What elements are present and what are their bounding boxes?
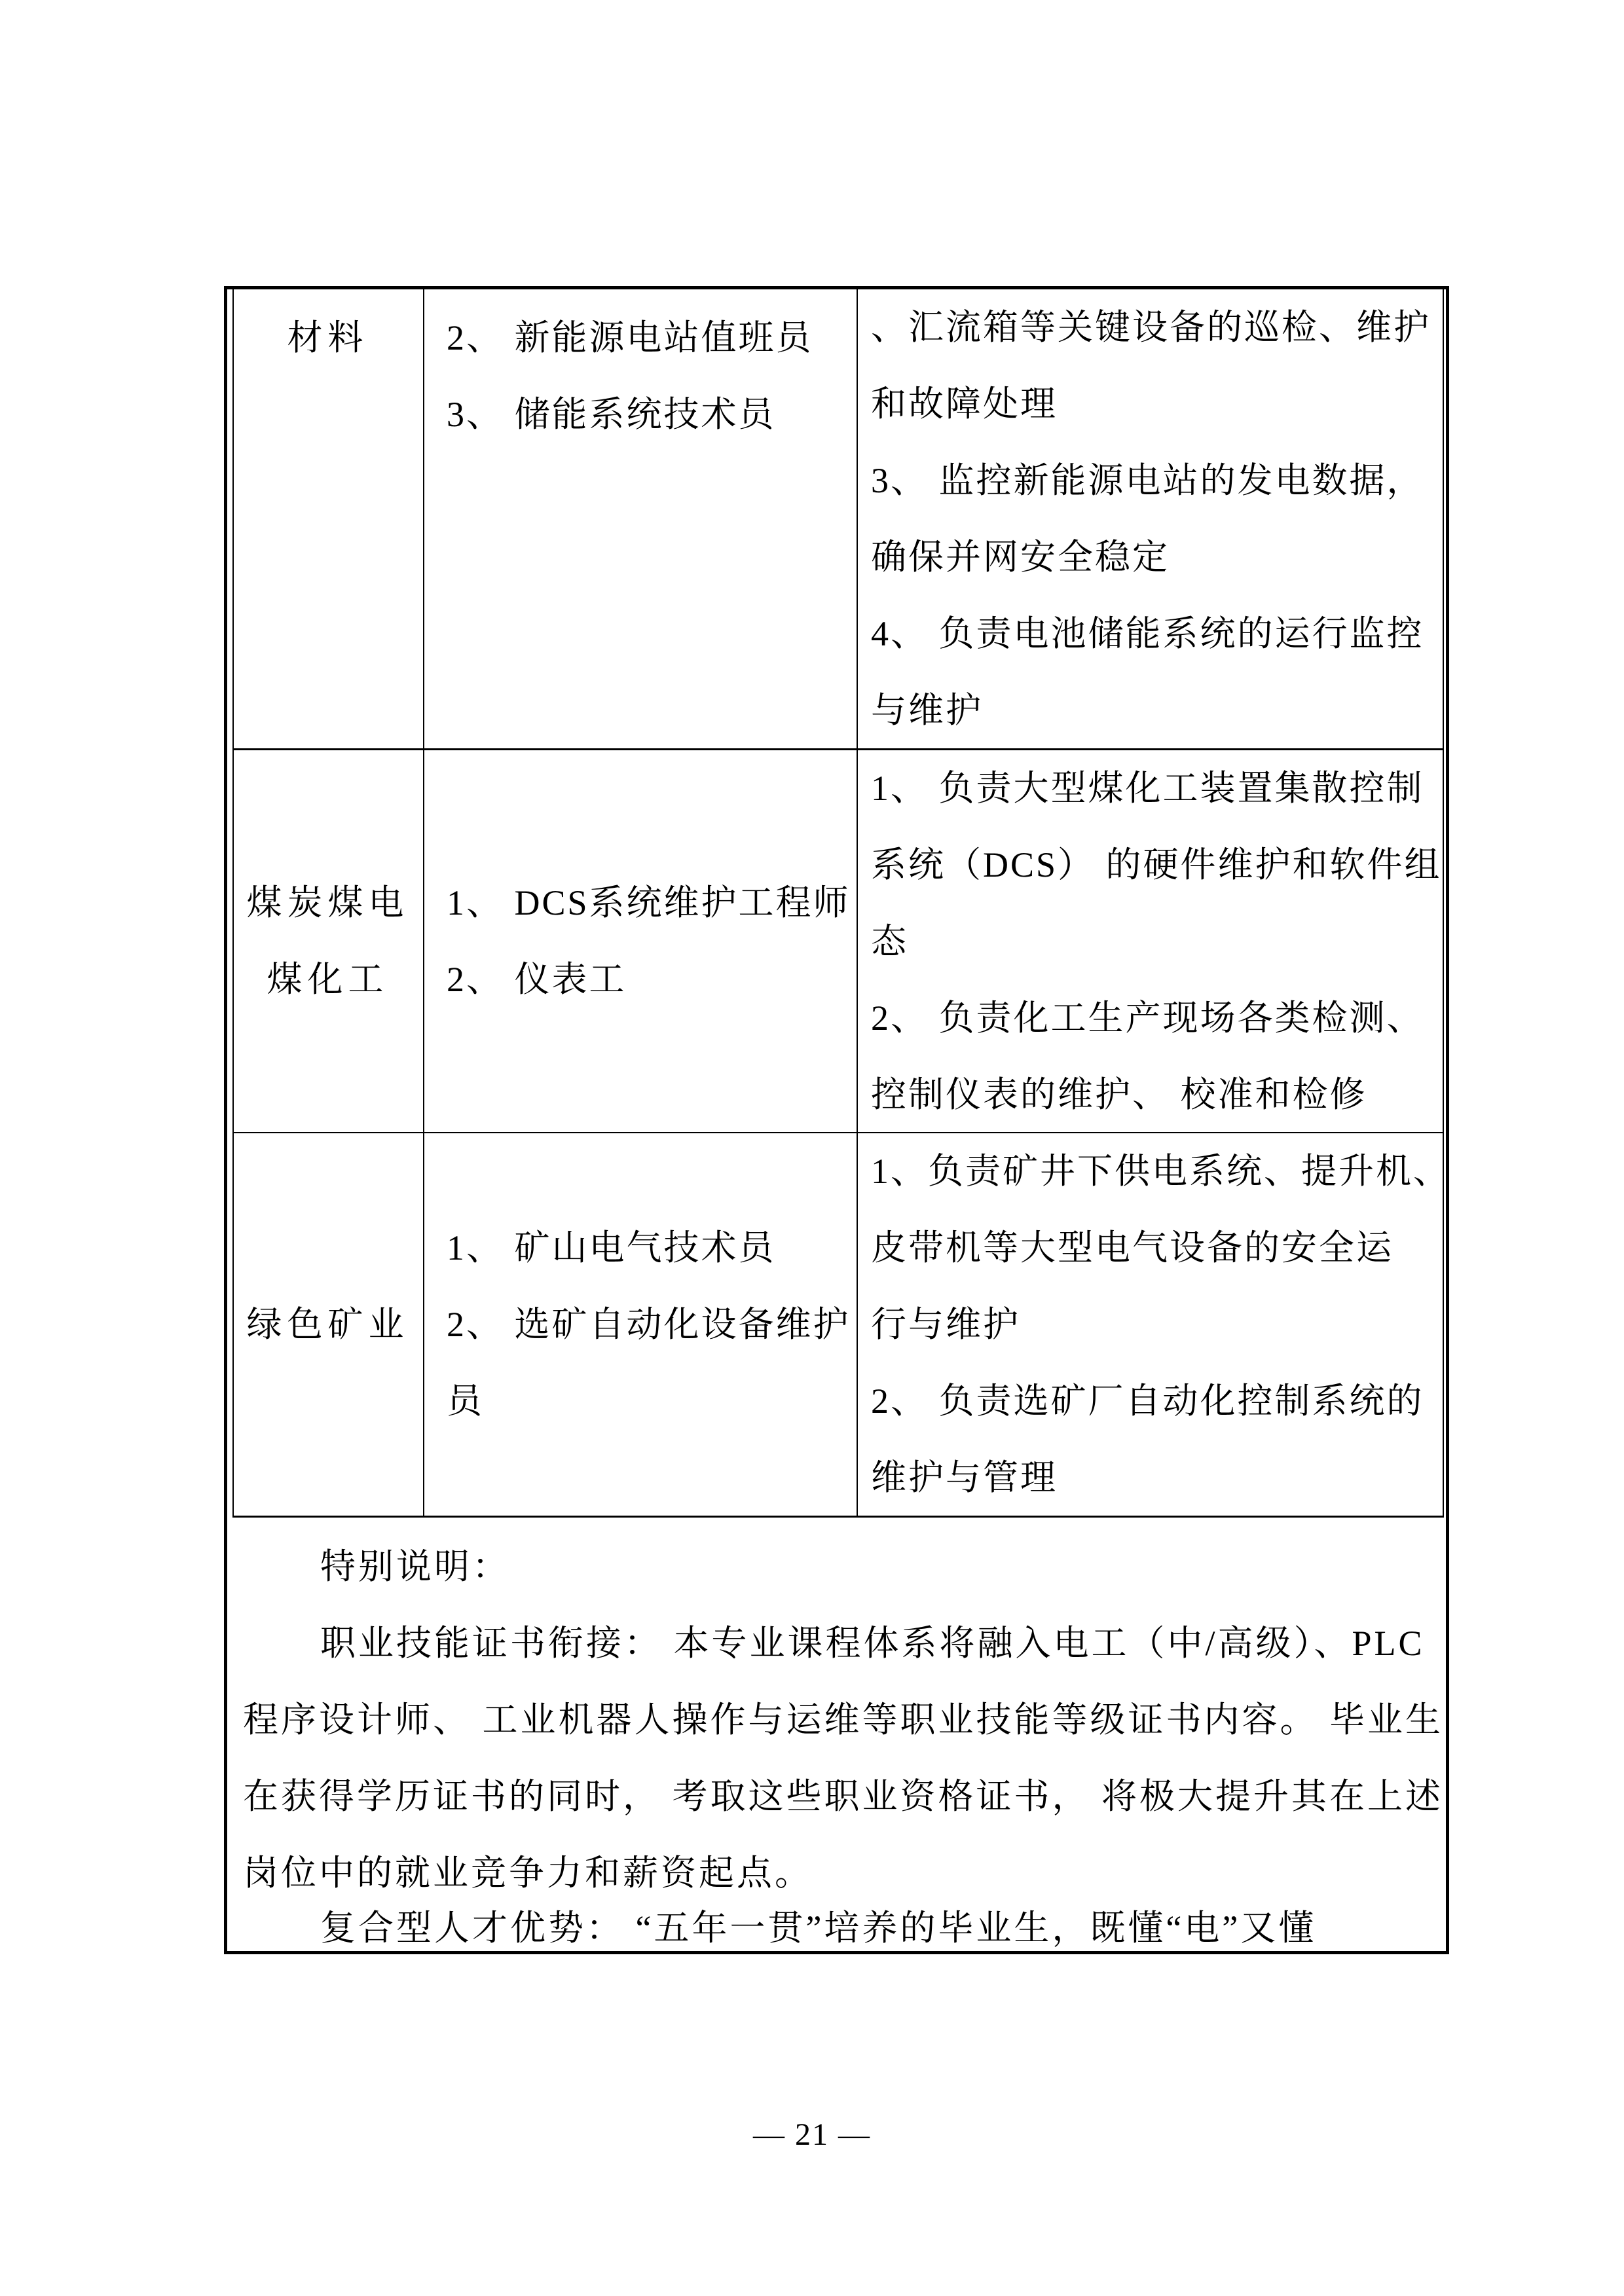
cell-line: 与维护 — [871, 672, 1437, 749]
notes-heading: 特别说明： — [243, 1529, 1435, 1605]
notes-line: 程序设计师、 工业机器人操作与运维等职业技能等级证书内容。 毕业生 — [243, 1682, 1435, 1758]
notes-line: 职业技能证书衔接： 本专业课程体系将融入电工（中/高级）、PLC — [243, 1605, 1435, 1682]
cell-line: 确保并网安全稳定 — [871, 519, 1437, 596]
cell-line: 3、 储能系统技术员 — [447, 376, 840, 453]
cell-line: 1、 负责大型煤化工装置集散控制 — [871, 750, 1437, 827]
duties-cell: 1、负责矿井下供电系统、提升机、 皮带机等大型电气设备的安全运 行与维护 2、 … — [871, 1133, 1437, 1516]
positions-cell: 1、 DCS系统维护工程师 2、 仪表工 — [447, 750, 840, 1132]
page-number: — 21 — — [0, 2096, 1624, 2173]
cell-line: 3、 监控新能源电站的发电数据， — [871, 443, 1437, 519]
cell-line: 2、 负责选矿厂自动化控制系统的 — [871, 1363, 1437, 1440]
cell-line: 2、 选矿自动化设备维护 — [447, 1286, 840, 1363]
sector-cell: 绿色矿业 — [232, 1133, 423, 1516]
cell-line: 系统（DCS） 的硬件维护和软件组 — [871, 827, 1437, 903]
cell-line: 2、 负责化工生产现场各类检测、 — [871, 980, 1437, 1057]
cell-line: 2、 仪表工 — [447, 941, 840, 1018]
cell-line: 维护与管理 — [871, 1440, 1437, 1516]
cell-line: 控制仪表的维护、 校准和检修 — [871, 1057, 1437, 1133]
positions-cell: 1、 矿山电气技术员 2、 选矿自动化设备维护 员 — [447, 1133, 840, 1516]
cell-line: 2、 新能源电站值班员 — [447, 300, 840, 376]
cell-line: 材料 — [232, 300, 423, 376]
cell-line: 1、 DCS系统维护工程师 — [447, 865, 840, 941]
cell-line: 态 — [871, 903, 1437, 980]
table-divider-col2 — [857, 289, 858, 1516]
cell-line: 1、 矿山电气技术员 — [447, 1210, 840, 1286]
cell-line: 煤化工 — [232, 941, 423, 1018]
notes-line: 复合型人才优势： “五年一贯”培养的毕业生，既懂“电”又懂 — [243, 1890, 1435, 1967]
table-border-right — [1443, 289, 1444, 1516]
duties-cell: 1、 负责大型煤化工装置集散控制 系统（DCS） 的硬件维护和软件组 态 2、 … — [871, 750, 1437, 1132]
cell-line: 和故障处理 — [871, 366, 1437, 443]
positions-cell: 2、 新能源电站值班员 3、 储能系统技术员 — [447, 289, 840, 748]
cell-line: 绿色矿业 — [232, 1286, 423, 1363]
table-divider-col1 — [423, 289, 424, 1516]
cell-line: 煤炭煤电 — [232, 865, 423, 941]
cell-line: 4、 负责电池储能系统的运行监控 — [871, 596, 1437, 672]
document-page: 材料 2、 新能源电站值班员 3、 储能系统技术员 、汇流箱等关键设备的巡检、维… — [0, 0, 1624, 2296]
cell-line: 皮带机等大型电气设备的安全运 — [871, 1210, 1437, 1286]
cell-line: 员 — [447, 1363, 840, 1440]
sector-cell: 煤炭煤电 煤化工 — [232, 750, 423, 1132]
cell-line: 1、负责矿井下供电系统、提升机、 — [871, 1133, 1437, 1210]
cell-line: 、汇流箱等关键设备的巡检、维护 — [871, 289, 1437, 366]
notes-line: 在获得学历证书的同时， 考取这些职业资格证书， 将极大提升其在上述 — [243, 1758, 1435, 1835]
duties-cell: 、汇流箱等关键设备的巡检、维护 和故障处理 3、 监控新能源电站的发电数据， 确… — [871, 289, 1437, 749]
cell-line: 行与维护 — [871, 1286, 1437, 1363]
sector-cell: 材料 — [232, 289, 423, 748]
